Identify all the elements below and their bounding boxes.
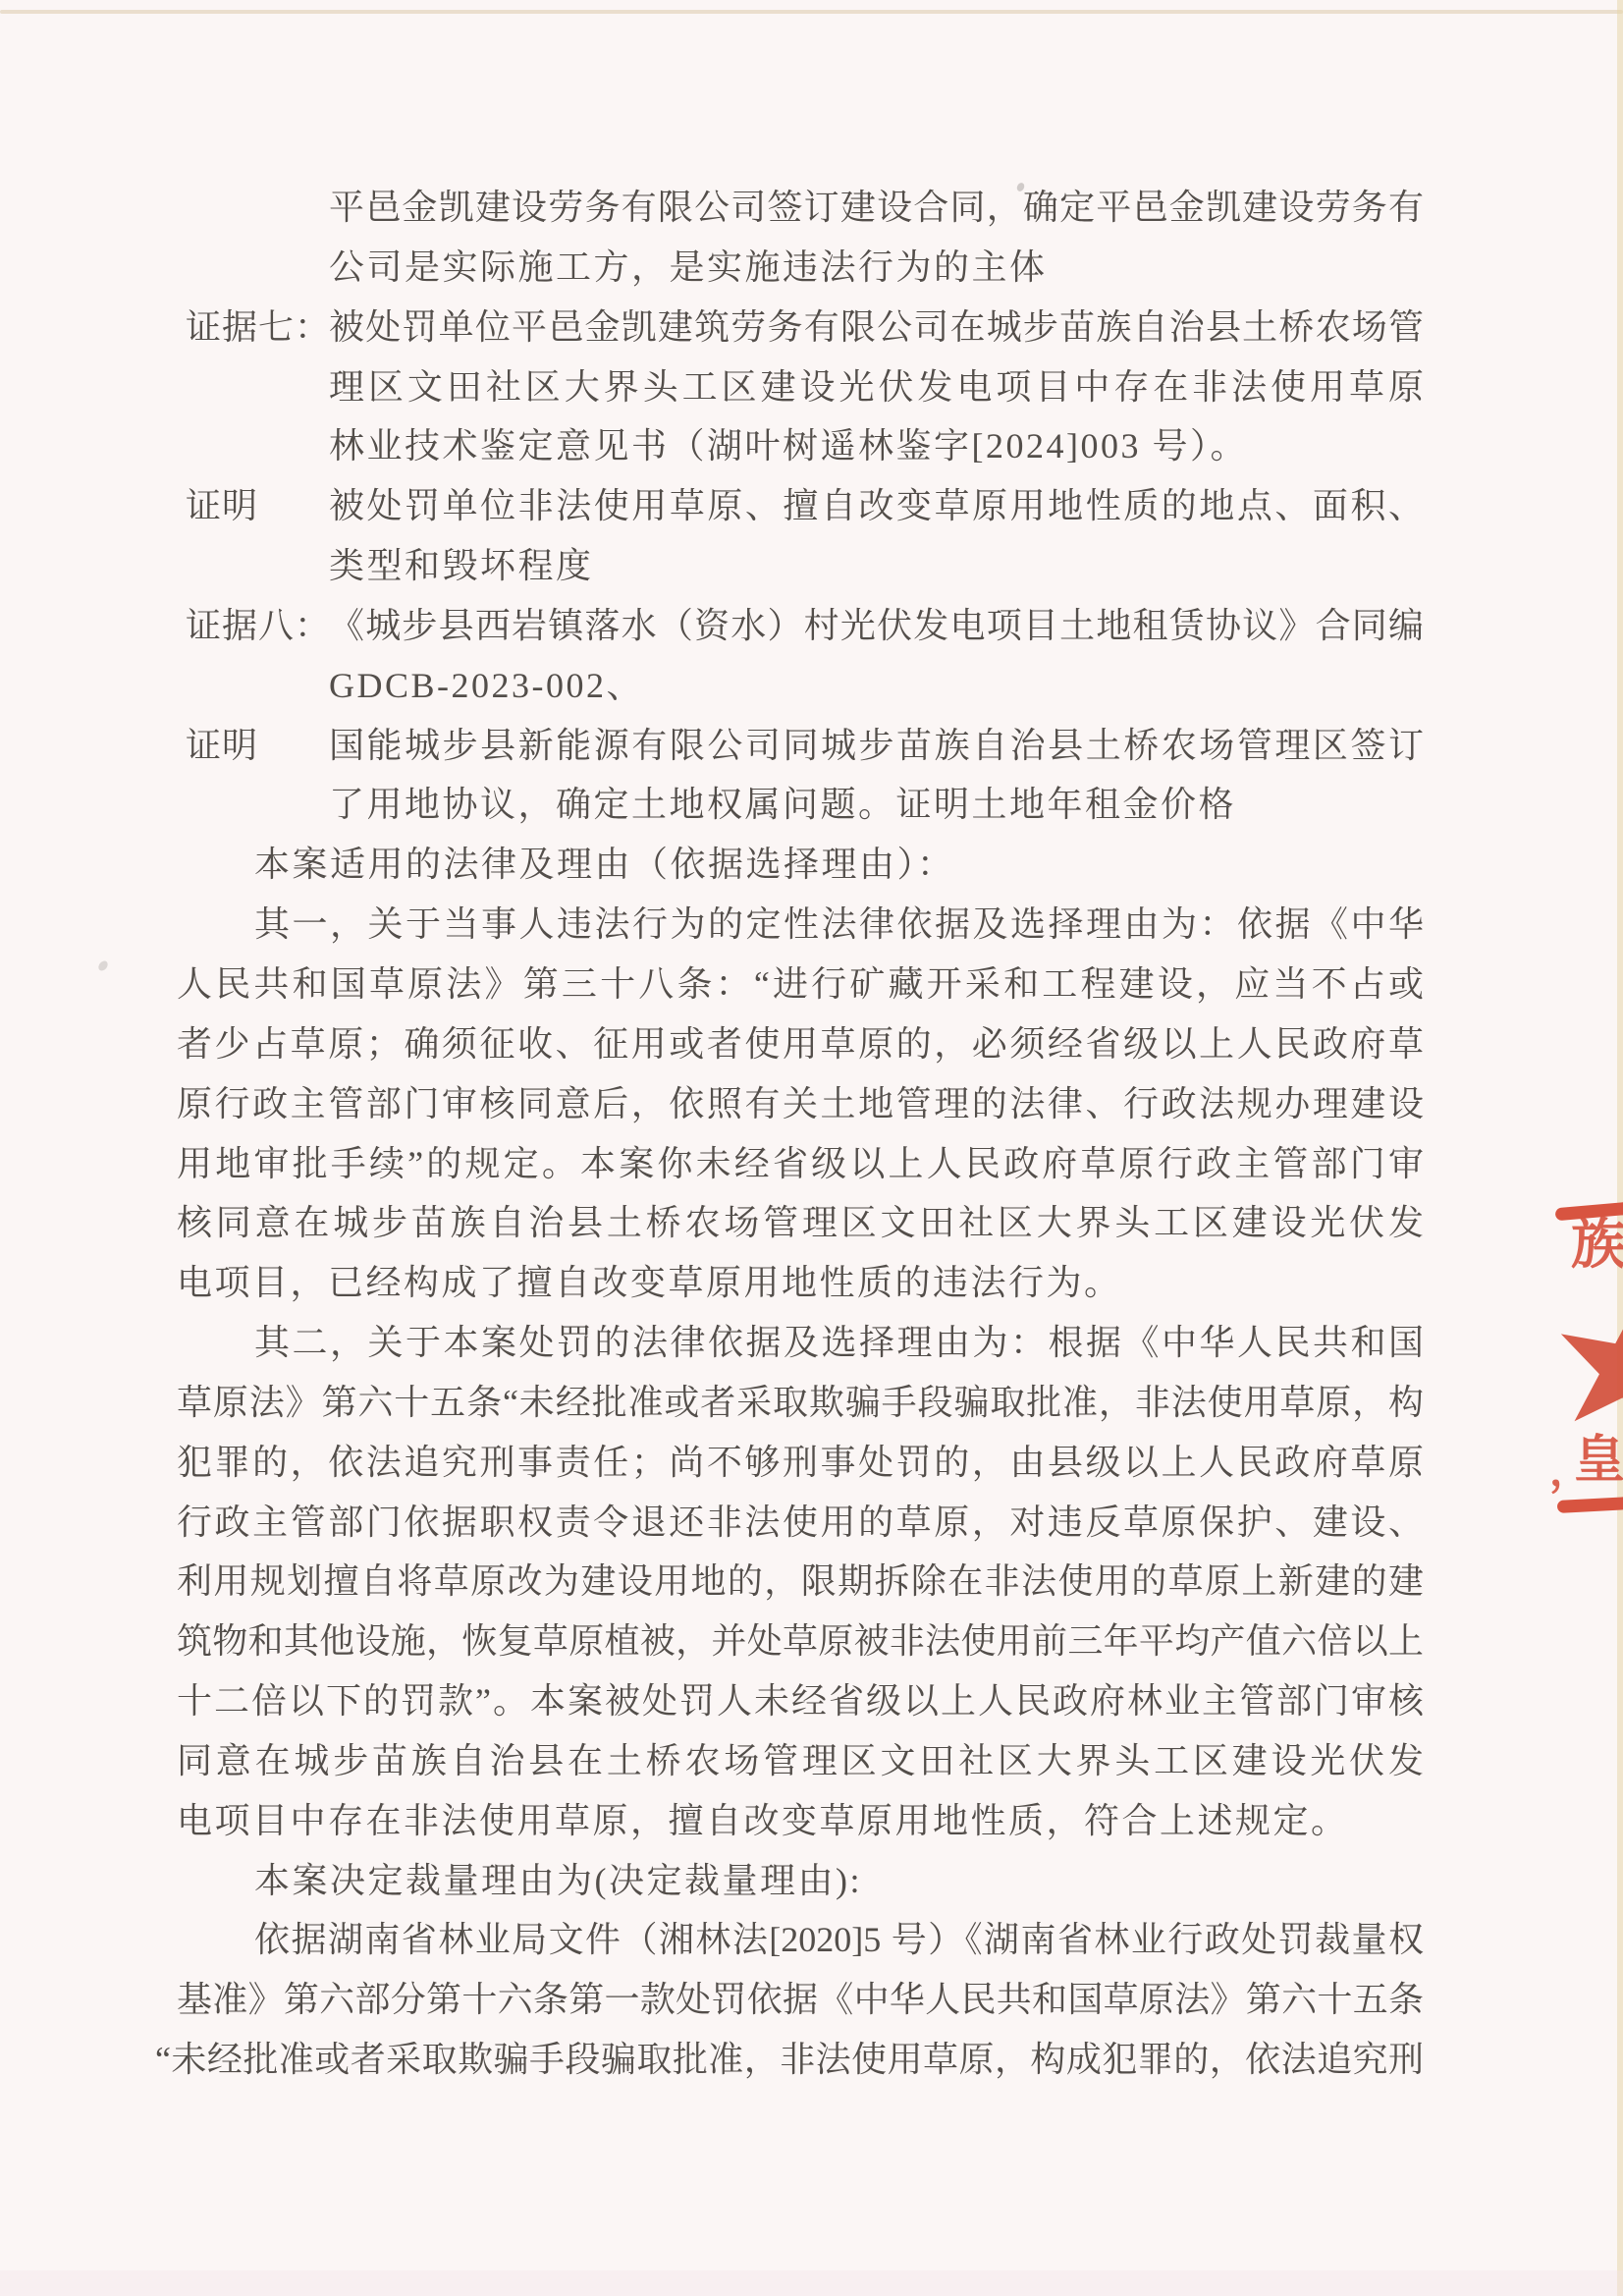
- line-text: 公司是实际施工方，是实施违法行为的主体: [329, 238, 1623, 298]
- line-text: 草原法》第六十五条“未经批准或者采取欺骗手段骗取批准，非法使用草原，构成: [177, 1373, 1424, 1433]
- text-line: 证据七：被处罚单位平邑金凯建筑劳务有限公司在城步苗族自治县土桥农场管: [0, 298, 1623, 357]
- line-text: 平邑金凯建设劳务有限公司签订建设合同，确定平邑金凯建设劳务有限: [329, 178, 1424, 238]
- document-text-block: 平邑金凯建设劳务有限公司签订建设合同，确定平邑金凯建设劳务有限公司是实际施工方，…: [0, 178, 1623, 2090]
- evidence-label: 证明: [186, 716, 258, 776]
- text-line: 证明被处罚单位非法使用草原、擅自改变草原用地性质的地点、面积、: [0, 476, 1623, 536]
- text-line: 行政主管部门依据职权责令退还非法使用的草原，对违反草原保护、建设、: [0, 1493, 1623, 1553]
- text-line: “未经批准或者采取欺骗手段骗取批准，非法使用草原，构成犯罪的，依法追究刑: [0, 2030, 1623, 2090]
- text-line: 筑物和其他设施，恢复草原植被，并处草原被非法使用前三年平均产值六倍以上: [0, 1612, 1623, 1671]
- text-line: 公司是实际施工方，是实施违法行为的主体: [0, 238, 1623, 298]
- line-text: 行政主管部门依据职权责令退还非法使用的草原，对违反草原保护、建设、: [177, 1493, 1424, 1553]
- line-text: 犯罪的，依法追究刑事责任；尚不够刑事处罚的，由县级以上人民政府草原: [177, 1433, 1424, 1493]
- text-line: 十二倍以下的罚款”。本案被处罚人未经省级以上人民政府林业主管部门审核: [0, 1671, 1623, 1731]
- text-line: 利用规划擅自将草原改为建设用地的，限期拆除在非法使用的草原上新建的建: [0, 1552, 1623, 1612]
- line-text: 用地审批手续”的规定。本案你未经省级以上人民政府草原行政主管部门审: [177, 1134, 1424, 1194]
- text-line: 电项目中存在非法使用草原，擅自改变草原用地性质，符合上述规定。: [0, 1791, 1623, 1851]
- line-text: 人民共和国草原法》第三十八条：“进行矿藏开采和工程建设，应当不占或: [177, 955, 1424, 1014]
- evidence-label: 证据七：: [186, 298, 331, 357]
- line-text: 同意在城步苗族自治县在土桥农场管理区文田社区大界头工区建设光伏发: [177, 1731, 1424, 1791]
- text-line: 电项目，已经构成了擅自改变草原用地性质的违法行为。: [0, 1253, 1623, 1313]
- text-line: 同意在城步苗族自治县在土桥农场管理区文田社区大界头工区建设光伏发: [0, 1731, 1623, 1791]
- line-text: 被处罚单位平邑金凯建筑劳务有限公司在城步苗族自治县土桥农场管: [329, 298, 1424, 357]
- scanned-document-page: 平邑金凯建设劳务有限公司签订建设合同，确定平邑金凯建设劳务有限公司是实际施工方，…: [0, 0, 1623, 2296]
- text-line: 人民共和国草原法》第三十八条：“进行矿藏开采和工程建设，应当不占或: [0, 955, 1623, 1014]
- line-text: 者少占草原；确须征收、征用或者使用草原的，必须经省级以上人民政府草: [177, 1014, 1424, 1074]
- evidence-label: 证明: [186, 476, 258, 536]
- text-line: 核同意在城步苗族自治县土桥农场管理区文田社区大界头工区建设光伏发: [0, 1193, 1623, 1253]
- line-text: 理区文田社区大界头工区建设光伏发电项目中存在非法使用草原: [329, 357, 1424, 417]
- text-line: 其二，关于本案处罚的法律依据及选择理由为：根据《中华人民共和国: [0, 1313, 1623, 1373]
- text-line: 犯罪的，依法追究刑事责任；尚不够刑事处罚的，由县级以上人民政府草原: [0, 1433, 1623, 1493]
- line-text: 筑物和其他设施，恢复草原植被，并处草原被非法使用前三年平均产值六倍以上: [177, 1612, 1424, 1671]
- evidence-label: 证据八：: [186, 596, 331, 656]
- text-line: 其一，关于当事人违法行为的定性法律依据及选择理由为：依据《中华: [0, 895, 1623, 955]
- text-line: 理区文田社区大界头工区建设光伏发电项目中存在非法使用草原: [0, 357, 1623, 417]
- line-text: 原行政主管部门审核同意后，依照有关土地管理的法律、行政法规办理建设: [177, 1074, 1424, 1134]
- line-text: 利用规划擅自将草原改为建设用地的，限期拆除在非法使用的草原上新建的建: [177, 1552, 1424, 1612]
- line-text: 核同意在城步苗族自治县土桥农场管理区文田社区大界头工区建设光伏发: [177, 1193, 1424, 1253]
- text-line: 本案决定裁量理由为(决定裁量理由):: [0, 1851, 1623, 1911]
- text-line: 本案适用的法律及理由（依据选择理由）：: [0, 835, 1623, 895]
- line-text: 本案决定裁量理由为(决定裁量理由):: [254, 1851, 1623, 1911]
- text-line: 林业技术鉴定意见书（湖叶树遥林鉴字[2024]003 号）。: [0, 416, 1623, 476]
- line-text: 电项目中存在非法使用草原，擅自改变草原用地性质，符合上述规定。: [177, 1791, 1623, 1851]
- scan-bottom-tint-artifact: [0, 2270, 1623, 2296]
- line-text: 《城步县西岩镇落水（资水）村光伏发电项目土地租赁协议》合同编号：: [329, 596, 1424, 656]
- text-line: 平邑金凯建设劳务有限公司签订建设合同，确定平邑金凯建设劳务有限: [0, 178, 1623, 238]
- line-text: 其二，关于本案处罚的法律依据及选择理由为：根据《中华人民共和国: [254, 1313, 1424, 1373]
- line-text: 基准》第六部分第十六条第一款处罚依据《中华人民共和国草原法》第六十五条: [177, 1970, 1424, 2030]
- text-line: 原行政主管部门审核同意后，依照有关土地管理的法律、行政法规办理建设: [0, 1074, 1623, 1134]
- text-line: 证据八：《城步县西岩镇落水（资水）村光伏发电项目土地租赁协议》合同编号：: [0, 596, 1623, 656]
- line-text: 本案适用的法律及理由（依据选择理由）：: [254, 835, 1623, 895]
- line-text: 依据湖南省林业局文件（湘林法[2020]5 号）《湖南省林业行政处罚裁量权: [254, 1910, 1424, 1970]
- line-text: 国能城步县新能源有限公司同城步苗族自治县土桥农场管理区签订: [329, 716, 1424, 776]
- text-line: 类型和毁坏程度: [0, 536, 1623, 596]
- line-text: 十二倍以下的罚款”。本案被处罚人未经省级以上人民政府林业主管部门审核: [177, 1671, 1424, 1731]
- text-line: 者少占草原；确须征收、征用或者使用草原的，必须经省级以上人民政府草: [0, 1014, 1623, 1074]
- line-text: 其一，关于当事人违法行为的定性法律依据及选择理由为：依据《中华: [254, 895, 1424, 955]
- line-text: GDCB-2023-002、: [329, 656, 1623, 716]
- text-line: 用地审批手续”的规定。本案你未经省级以上人民政府草原行政主管部门审: [0, 1134, 1623, 1194]
- line-text: 电项目，已经构成了擅自改变草原用地性质的违法行为。: [177, 1253, 1623, 1313]
- text-line: 草原法》第六十五条“未经批准或者采取欺骗手段骗取批准，非法使用草原，构成: [0, 1373, 1623, 1433]
- line-text: 被处罚单位非法使用草原、擅自改变草原用地性质的地点、面积、: [329, 476, 1424, 536]
- line-text: 林业技术鉴定意见书（湖叶树遥林鉴字[2024]003 号）。: [329, 416, 1623, 476]
- text-line: 基准》第六部分第十六条第一款处罚依据《中华人民共和国草原法》第六十五条: [0, 1970, 1623, 2030]
- line-text: 类型和毁坏程度: [329, 536, 1623, 596]
- line-text: “未经批准或者采取欺骗手段骗取批准，非法使用草原，构成犯罪的，依法追究刑: [155, 2030, 1424, 2090]
- line-text: 了用地协议，确定土地权属问题。证明土地年租金价格: [329, 775, 1623, 835]
- text-line: 依据湖南省林业局文件（湘林法[2020]5 号）《湖南省林业行政处罚裁量权: [0, 1910, 1623, 1970]
- scan-top-edge-artifact: [0, 10, 1623, 14]
- text-line: 了用地协议，确定土地权属问题。证明土地年租金价格: [0, 775, 1623, 835]
- text-line: GDCB-2023-002、: [0, 656, 1623, 716]
- text-line: 证明国能城步县新能源有限公司同城步苗族自治县土桥农场管理区签订: [0, 716, 1623, 776]
